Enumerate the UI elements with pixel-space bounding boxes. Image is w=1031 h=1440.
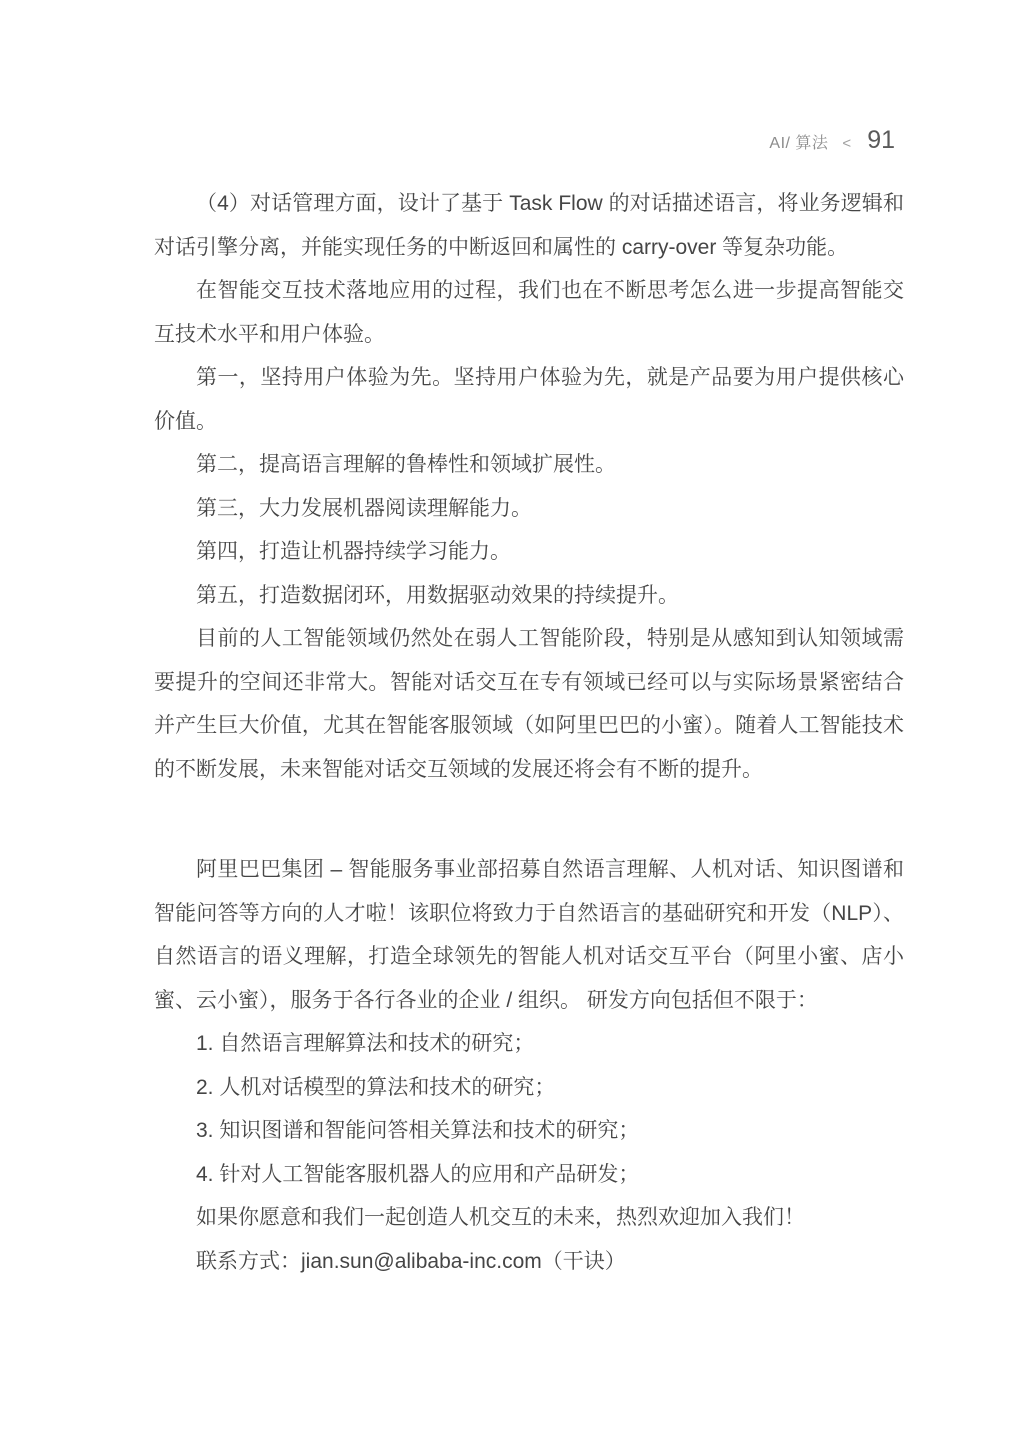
- page-header: AI/ 算法 < 91: [769, 126, 895, 155]
- paragraph-dialog-management: （4）对话管理方面，设计了基于 Task Flow 的对话描述语言，将业务逻辑和…: [154, 182, 904, 269]
- article-body: （4）对话管理方面，设计了基于 Task Flow 的对话描述语言，将业务逻辑和…: [154, 182, 904, 1283]
- paragraph-recruiting-intro: 阿里巴巴集团 – 智能服务事业部招募自然语言理解、人机对话、知识图谱和智能问答等…: [154, 848, 904, 1022]
- paragraph-point-2: 第二，提高语言理解的鲁棒性和领域扩展性。: [154, 443, 904, 487]
- list-item-research-2: 2. 人机对话模型的算法和技术的研究；: [154, 1066, 904, 1110]
- paragraph-landing-process: 在智能交互技术落地应用的过程，我们也在不断思考怎么进一步提高智能交互技术水平和用…: [154, 269, 904, 356]
- document-page: AI/ 算法 < 91 （4）对话管理方面，设计了基于 Task Flow 的对…: [0, 0, 1031, 1440]
- list-item-research-4: 4. 针对人工智能客服机器人的应用和产品研发；: [154, 1153, 904, 1197]
- paragraph-point-3: 第三，大力发展机器阅读理解能力。: [154, 487, 904, 531]
- paragraph-point-4: 第四，打造让机器持续学习能力。: [154, 530, 904, 574]
- paragraph-point-1: 第一，坚持用户体验为先。坚持用户体验为先，就是产品要为用户提供核心价值。: [154, 356, 904, 443]
- paragraph-point-5: 第五，打造数据闭环，用数据驱动效果的持续提升。: [154, 574, 904, 618]
- paragraph-outlook: 目前的人工智能领域仍然处在弱人工智能阶段，特别是从感知到认知领域需要提升的空间还…: [154, 617, 904, 791]
- list-item-research-3: 3. 知识图谱和智能问答相关算法和技术的研究；: [154, 1109, 904, 1153]
- section-label: AI/ 算法: [769, 130, 828, 153]
- paragraph-join-us: 如果你愿意和我们一起创造人机交互的未来，热烈欢迎加入我们！: [154, 1196, 904, 1240]
- page-number: 91: [867, 126, 895, 155]
- header-separator: <: [842, 135, 851, 152]
- paragraph-contact: 联系方式：jian.sun@alibaba-inc.com（干诀）: [154, 1240, 904, 1284]
- list-item-research-1: 1. 自然语言理解算法和技术的研究；: [154, 1022, 904, 1066]
